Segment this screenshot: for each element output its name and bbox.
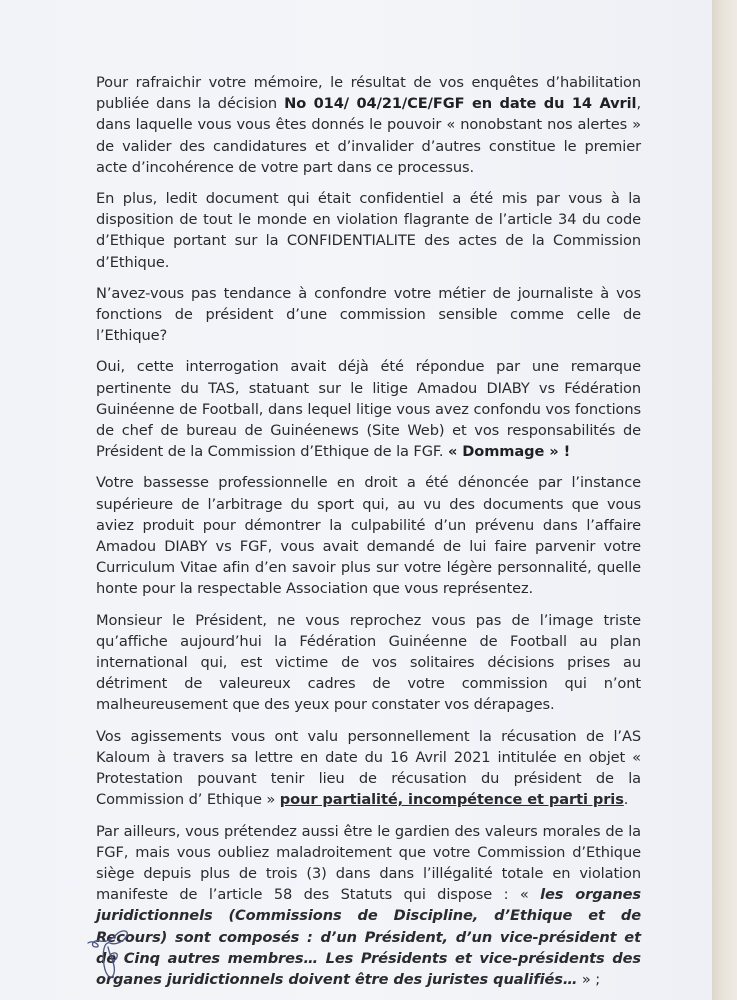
decision-reference: No 014/ 04/21/CE/FGF en date du 14 Avril bbox=[284, 95, 636, 112]
text-run: Votre bassesse professionnelle en droit … bbox=[96, 474, 641, 597]
signature-icon bbox=[80, 925, 140, 985]
paragraph-7: Vos agissements vous ont valu personnell… bbox=[96, 726, 641, 811]
paragraph-3: N’avez-vous pas tendance à confondre vot… bbox=[96, 283, 641, 347]
text-run: » ; bbox=[577, 971, 600, 988]
document-body: Pour rafraichir votre mémoire, le résult… bbox=[96, 72, 641, 1000]
text-run: Monsieur le Président, ne vous reprochez… bbox=[96, 612, 641, 714]
text-run: . bbox=[624, 791, 629, 808]
paper-edge bbox=[712, 0, 737, 1000]
scanned-page: Pour rafraichir votre mémoire, le résult… bbox=[0, 0, 712, 1000]
underlined-grounds: pour partialité, incompétence et parti p… bbox=[280, 791, 624, 808]
text-run: N’avez-vous pas tendance à confondre vot… bbox=[96, 285, 641, 344]
paragraph-1: Pour rafraichir votre mémoire, le résult… bbox=[96, 72, 641, 178]
paragraph-8: Par ailleurs, vous prétendez aussi être … bbox=[96, 821, 641, 991]
text-run: En plus, ledit document qui était confid… bbox=[96, 190, 641, 271]
paragraph-6: Monsieur le Président, ne vous reprochez… bbox=[96, 610, 641, 716]
paragraph-5: Votre bassesse professionnelle en droit … bbox=[96, 472, 641, 599]
paragraph-4: Oui, cette interrogation avait déjà été … bbox=[96, 356, 641, 462]
dommage-exclamation: « Dommage » ! bbox=[448, 443, 570, 460]
paragraph-2: En plus, ledit document qui était confid… bbox=[96, 188, 641, 273]
